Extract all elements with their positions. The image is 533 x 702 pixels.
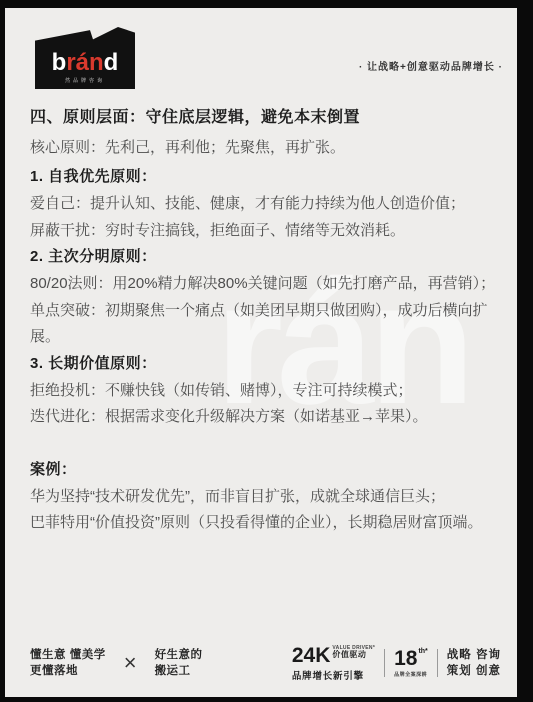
value-driven-smalls: VALUE DRIVEN* 价值驱动 xyxy=(332,646,375,659)
value-driven-24k: 24K xyxy=(292,645,331,666)
principle-2-heading: 2. 主次分明原则： xyxy=(30,244,514,271)
principle-2-line-2: 单点突破：初期聚焦一个痛点（如美团早期只做团购），成功后横向扩展。 xyxy=(30,298,514,351)
principle-1-line-1: 爱自己：提升认知、技能、健康，才有能力持续为他人创造价值； xyxy=(30,191,514,218)
principle-3-line-2: 迭代进化：根据需求变化升级解决方案（如诺基亚→苹果）。 xyxy=(30,404,514,431)
years-suffix: th* xyxy=(418,648,427,655)
case-heading: 案例： xyxy=(30,457,514,484)
principle-1-line-2: 屏蔽干扰：穷时专注搞钱，拒绝面子、情绪等无效消耗。 xyxy=(30,218,514,245)
services-block: 战略 咨询 策划 创意 xyxy=(447,647,501,679)
years-number: 18 xyxy=(394,648,417,669)
footer-slogan-mid-line2: 搬运工 xyxy=(155,663,203,679)
principle-1-heading: 1. 自我优先原则： xyxy=(30,164,514,191)
principle-section-3: 3. 长期价值原则： 拒绝投机：不赚快钱（如传销、赌博），专注可持续模式； 迭代… xyxy=(30,351,514,431)
services-line1: 战略 咨询 xyxy=(447,647,501,663)
footer-divider-1 xyxy=(384,649,385,677)
footer-slogan-left-line1: 懂生意 懂美学 xyxy=(30,647,106,663)
case-section: 案例： 华为坚持“技术研发优先”，而非盲目扩张，成就全球通信巨头； 巴菲特用“价… xyxy=(30,457,514,537)
principle-3-heading: 3. 长期价值原则： xyxy=(30,351,514,378)
main-content: 四、原则层面：守住底层逻辑，避免本末倒置 核心原则：先利己，再利他；先聚焦，再扩… xyxy=(30,104,514,537)
multiply-icon: × xyxy=(122,652,139,674)
years-block: 18 th* 品牌全案深耕 xyxy=(394,648,428,678)
footer-credentials-group: 24K VALUE DRIVEN* 价值驱动 品牌增长新引擎 18 th* 品牌… xyxy=(292,645,501,682)
case-line-2: 巴菲特用“价值投资”原则（只投看得懂的企业），长期稳居财富顶端。 xyxy=(30,510,514,537)
brand-logo-wordmark: bránd xyxy=(52,51,119,75)
footer-divider-2 xyxy=(437,649,438,677)
principle-section-2: 2. 主次分明原则： 80/20法则：用20%精力解决80%关键问题（如先打磨产… xyxy=(30,244,514,351)
value-driven-row: 24K VALUE DRIVEN* 价值驱动 xyxy=(292,645,375,666)
principle-section-1: 1. 自我优先原则： 爱自己：提升认知、技能、健康，才有能力持续为他人创造价值；… xyxy=(30,164,514,244)
header-tagline: · 让战略+创意驱动品牌增长 · xyxy=(359,58,503,73)
footer-slogan-left: 懂生意 懂美学 更懂落地 xyxy=(30,647,106,679)
header: bránd 然品牌咨询 · 让战略+创意驱动品牌增长 · xyxy=(30,24,505,96)
principle-3-line-1: 拒绝投机：不赚快钱（如传销、赌博），专注可持续模式； xyxy=(30,378,514,405)
principle-2-line-1: 80/20法则：用20%精力解决80%关键问题（如先打磨产品，再营销）； xyxy=(30,271,514,298)
poster-page: bránd 然品牌咨询 · 让战略+创意驱动品牌增长 · rán 四、原则层面：… xyxy=(5,8,517,697)
brand-logo: bránd 然品牌咨询 xyxy=(35,27,135,89)
footer: 懂生意 懂美学 更懂落地 × 好生意的 搬运工 24K VALUE DRIVEN… xyxy=(30,641,501,685)
logo-letter-b: b xyxy=(52,49,67,76)
footer-slogan-group: 懂生意 懂美学 更懂落地 × 好生意的 搬运工 xyxy=(30,647,203,679)
logo-letters-ran: rán xyxy=(66,49,103,76)
footer-slogan-mid-line1: 好生意的 xyxy=(155,647,203,663)
footer-slogan-left-line2: 更懂落地 xyxy=(30,663,106,679)
brand-logo-subtext: 然品牌咨询 xyxy=(65,77,105,84)
logo-letter-d: d xyxy=(104,49,119,76)
footer-slogan-mid: 好生意的 搬运工 xyxy=(155,647,203,679)
value-driven-block: 24K VALUE DRIVEN* 价值驱动 品牌增长新引擎 xyxy=(292,645,375,682)
value-driven-cn: 价值驱动 xyxy=(332,651,375,659)
case-line-1: 华为坚持“技术研发优先”，而非盲目扩张，成就全球通信巨头； xyxy=(30,484,514,511)
services-line2: 策划 创意 xyxy=(447,663,501,679)
value-driven-bottom: 品牌增长新引擎 xyxy=(292,668,364,682)
years-bottom: 品牌全案深耕 xyxy=(394,671,427,678)
years-row: 18 th* xyxy=(394,648,428,669)
section-title: 四、原则层面：守住底层逻辑，避免本末倒置 xyxy=(30,104,514,132)
core-principle-line: 核心原则：先利己，再利他；先聚焦，再扩张。 xyxy=(30,135,514,162)
